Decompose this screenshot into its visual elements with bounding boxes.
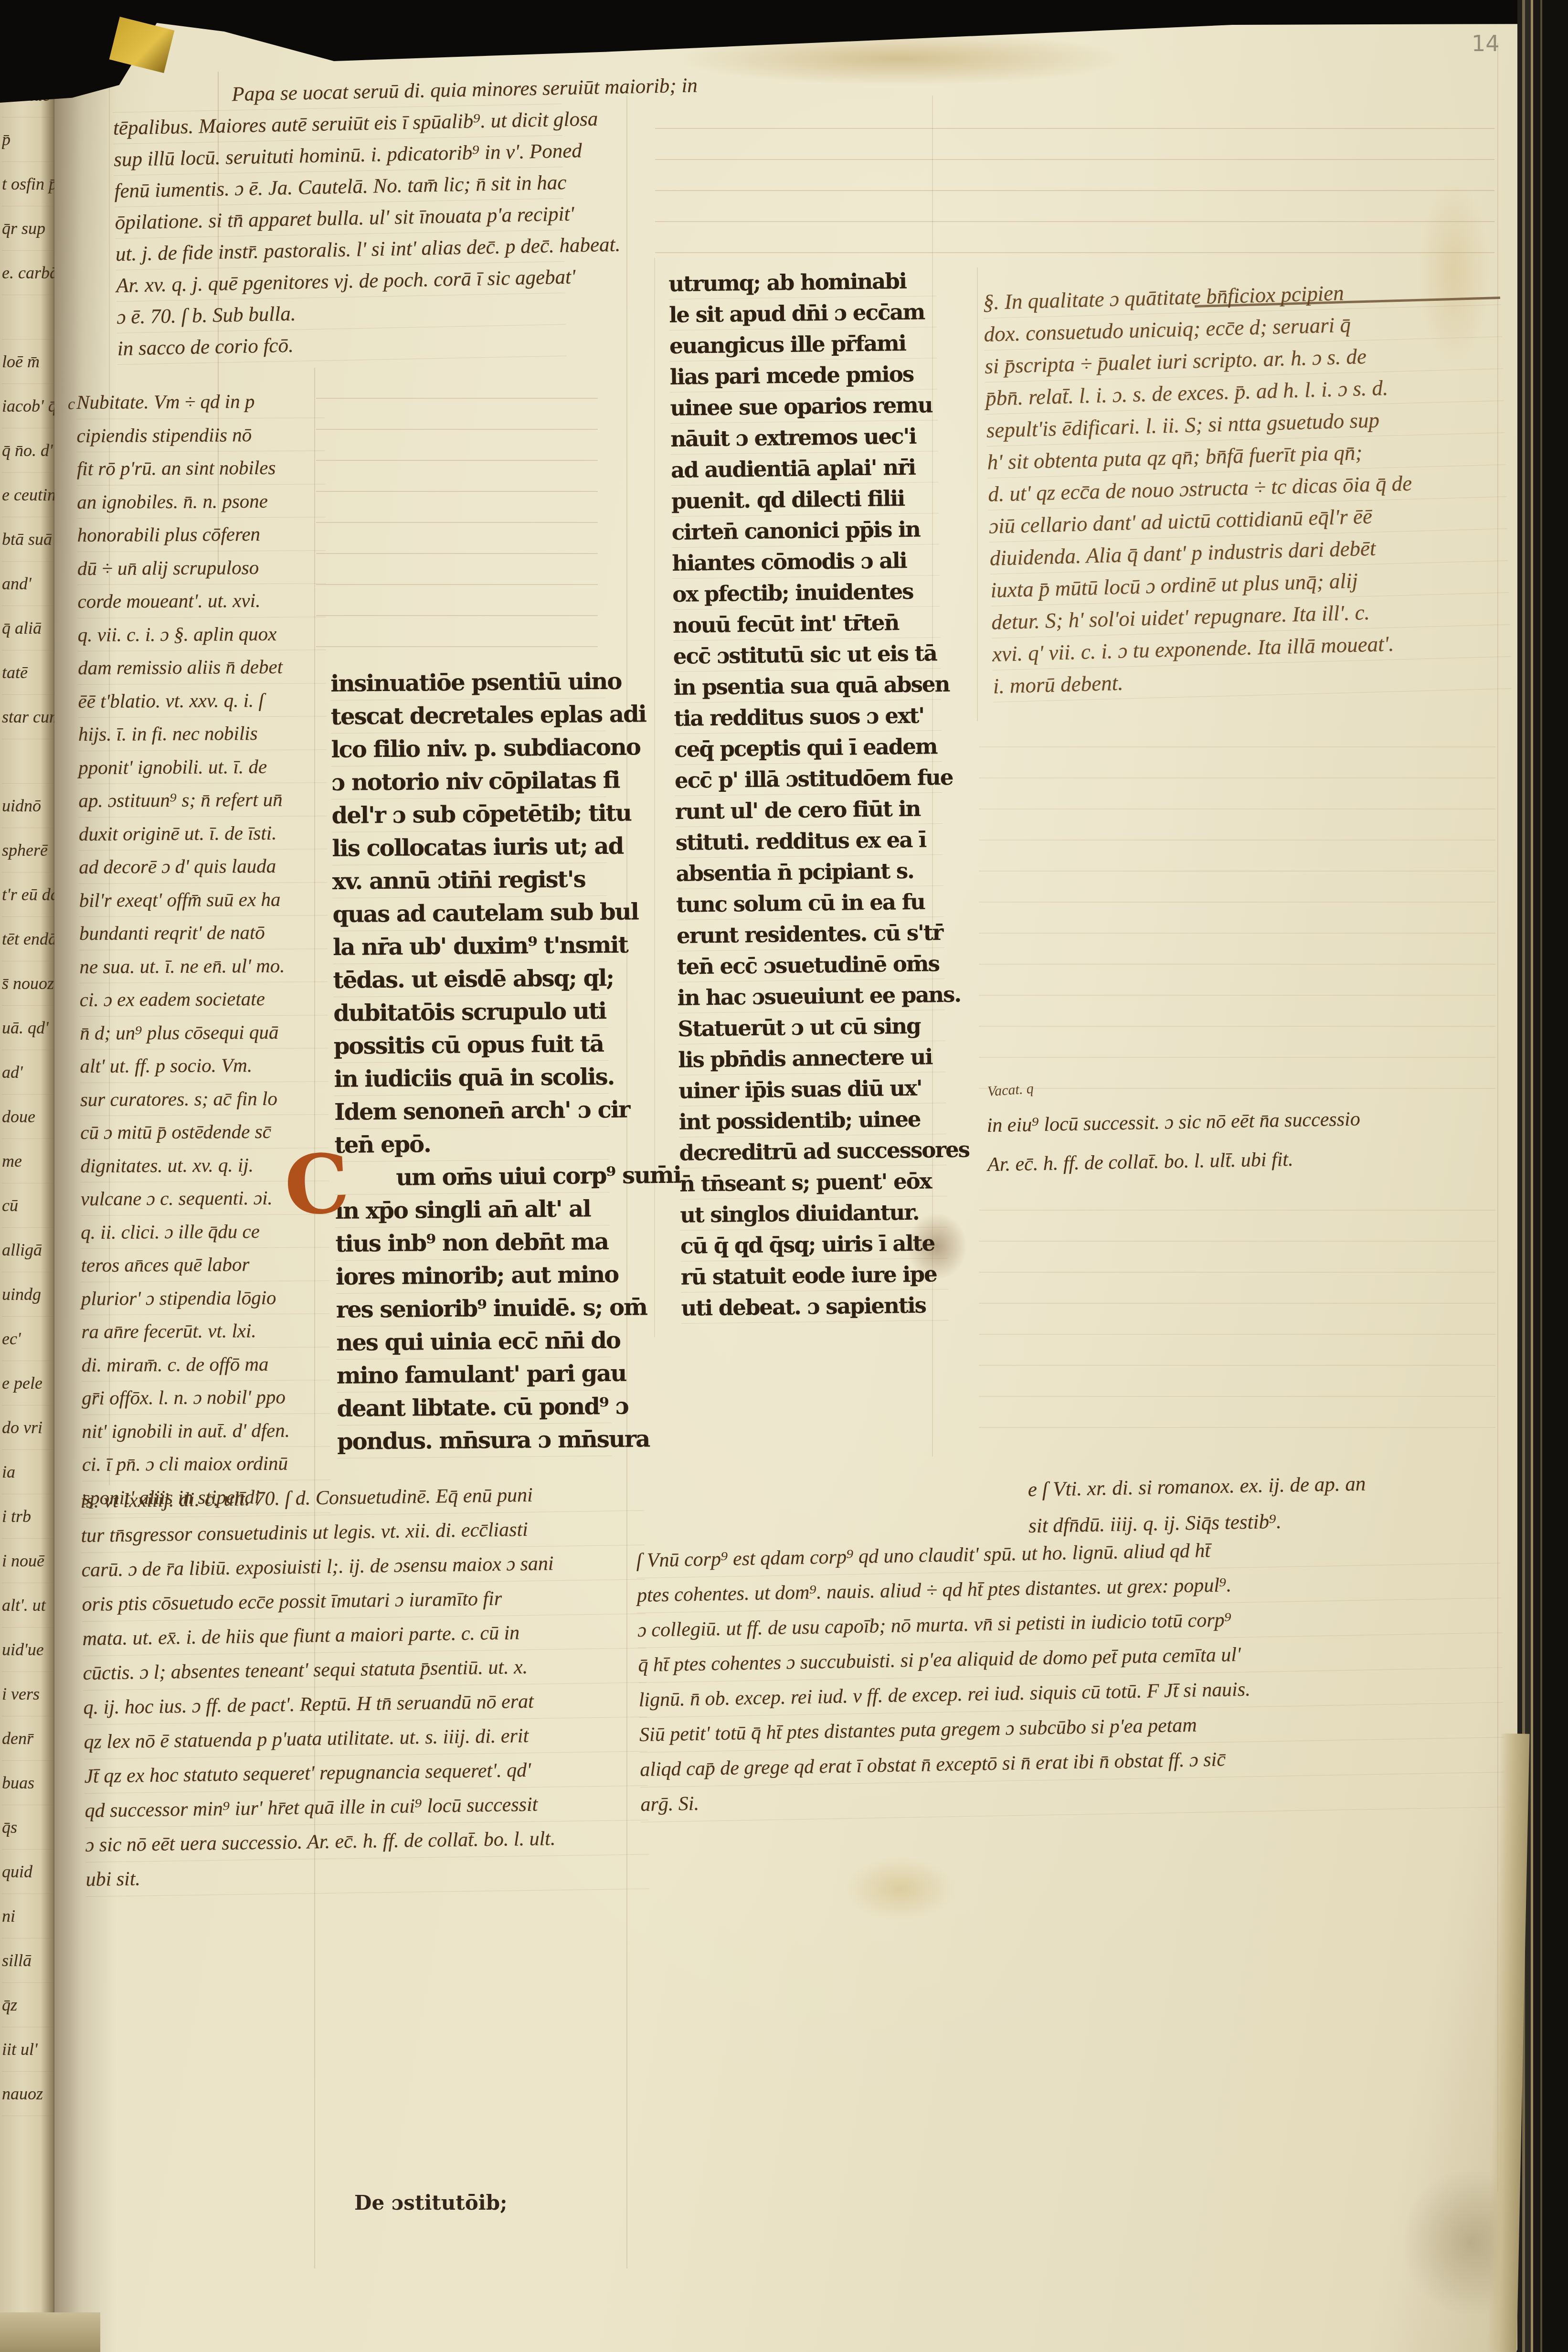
text-line: p̄: [2, 117, 55, 162]
text-line: pondus. mn̄sura ɔ mn̄sura: [337, 1423, 612, 1458]
text-line: ten̄ ecc̄ ɔsuetudinē om̄s: [677, 948, 944, 982]
text-line: absentia n̄ pcipiant s.: [676, 855, 943, 889]
ruled-area: [979, 1180, 1495, 1447]
text-line: q̄ n̄o. d': [2, 428, 55, 473]
text-line: nes qui uinia ecc̄ nn̄i do: [336, 1324, 611, 1360]
text-line: uidnō: [2, 784, 55, 828]
text-line: um om̄s uiui corp⁹ sum̄i: [335, 1160, 610, 1195]
text-line: ia: [2, 1450, 55, 1494]
text-line: le sit apud dn̄i ɔ ecc̄am: [669, 296, 937, 330]
text-line: quas ad cautelam sub bul: [332, 896, 607, 931]
text-line: fit rō p'rū. an sint nobiles: [77, 451, 325, 485]
text-line: di. miram̄. c. de offō ma: [82, 1347, 330, 1382]
text-line: an ignobiles. n̄. n. psone: [77, 484, 325, 519]
text-line: lias pari mcede pmios: [669, 358, 937, 393]
text-line: iacob' q̄: [2, 384, 55, 428]
text-line: nauoz: [2, 2072, 55, 2116]
text-line: uinee sue oparios remu: [670, 389, 938, 424]
text-line: ēē t'blatio. vt. xxv. q. i. ſ: [78, 683, 326, 718]
left-margin-cut-text: a tūrilin tac̄p̄t osfin p̄q̄r supe. carb…: [2, 29, 55, 2116]
text-line: erunt residentes. cū s'tr̄: [677, 917, 944, 951]
text-line: in psentia sua quā absen: [673, 669, 941, 703]
text-line: ra an̄re fecerūt. vt. lxi.: [81, 1314, 329, 1348]
text-line: runt ul' de cero fiūt in: [675, 793, 943, 827]
text-line: bundanti reqrit' de natō: [79, 915, 328, 950]
text-line: ecc̄ ɔstitutū sic ut eis tā: [673, 638, 941, 672]
text-line: hijs. ī. in fi. nec nobilis: [78, 716, 327, 751]
text-line: decreditrū ad successores: [679, 1134, 947, 1169]
text-line: tius inb⁹ non debn̄t ma: [335, 1225, 610, 1261]
text-line: ox pfectib; inuidentes: [672, 575, 940, 610]
text-line: q̄z: [2, 1983, 55, 2027]
text-line: cū q̄ qd q̄sq; uiris ī alte: [680, 1227, 948, 1262]
text-line: sillā: [2, 1938, 55, 1983]
text-line: alt' ut. ff. p socio. Vm.: [80, 1048, 328, 1083]
text-line: quid: [2, 1850, 55, 1894]
text-line: corde moueant'. ut. xvi.: [77, 584, 326, 618]
vacat-label: Vacat. q: [987, 1081, 1034, 1100]
text-line: Nubitate. Vm ÷ qd in p: [76, 384, 325, 419]
text-line: and': [2, 562, 55, 606]
text-line: Idem senonen̄ arch' ɔ cir: [334, 1094, 609, 1129]
folio-number: 14: [1472, 31, 1500, 56]
main-text-column-1: insinuatiōe psentiū uinotescat decretale…: [330, 665, 612, 1458]
main-text-column-2: utrumq; ab hominabile sit apud dn̄i ɔ ec…: [668, 265, 949, 1324]
text-line: int possidentib; uinee: [678, 1103, 946, 1138]
text-line: buas: [2, 1761, 55, 1805]
text-line: deant libtate. cū pond⁹ ɔ: [337, 1390, 612, 1426]
text-line: xv. annū ɔtin̄i regist's: [332, 863, 607, 898]
text-line: stituti. redditus ex ea ī: [675, 824, 943, 858]
text-line: lco filio niv. p. subdiacono: [331, 731, 606, 766]
text-line: ad audientiā aplai' nr̄i: [671, 451, 939, 486]
text-line: t'r eū da: [2, 873, 55, 917]
text-line: uiner ip̄is suas diū ux': [678, 1072, 946, 1107]
text-line: del'r ɔ sub cōpetētib; titu: [331, 797, 606, 832]
ruled-area: [655, 98, 1494, 270]
text-line: star cum: [2, 695, 55, 739]
text-line: puenit. qd dilecti filii: [671, 482, 939, 517]
text-line: lis collocatas iuris ut; ad: [332, 830, 607, 865]
text-line: gr̄i offōx. l. n. ɔ nobil' ppo: [82, 1380, 330, 1415]
text-line: me: [2, 1139, 55, 1183]
text-line: in hac ɔsueuiunt ee pans.: [677, 979, 945, 1013]
ruling-line: [977, 267, 978, 721]
text-line: ecc̄ p' illā ɔstitudōem fue: [675, 762, 943, 796]
text-line: res seniorib⁹ inuidē. s; om̄: [336, 1291, 611, 1327]
text-line: q̄ aliā: [2, 606, 55, 650]
text-line: possitis cū opus fuit tā: [334, 1028, 609, 1063]
text-line: iit ul': [2, 2027, 55, 2072]
text-line: denr̄: [2, 1716, 55, 1761]
text-line: ec': [2, 1317, 55, 1361]
text-line: ut singlos diuidantur.: [680, 1196, 948, 1231]
text-line: e ceutinē: [2, 473, 55, 517]
gloss-left-column: Nubitate. Vm ÷ qd in pcipiendis stipendi…: [76, 384, 330, 1514]
vacat-note: in eiu⁹ locū successit. ɔ sic nō eēt n̄a…: [986, 1097, 1504, 1184]
text-line: alt'. ut: [2, 1583, 55, 1628]
text-line: btā suā: [2, 517, 55, 562]
gloss-bottom-right: ſ Vnū corp⁹ est qdam corp⁹ qd uno claudi…: [636, 1528, 1505, 1822]
text-line: ad': [2, 1050, 55, 1095]
text-line: alligā: [2, 1228, 55, 1272]
ruled-area: [979, 716, 1495, 1089]
text-line: n̄ tn̄seant s; puent' eōx: [679, 1165, 947, 1200]
text-line: utrumq; ab hominabi: [668, 265, 936, 299]
text-line: nouū fecūt int' tr̄ten̄: [673, 607, 941, 641]
text-line: teros an̄ces quē labor: [81, 1247, 329, 1282]
text-line: s̄ nouoz: [2, 961, 55, 1006]
text-line: e pele: [2, 1361, 55, 1405]
text-line: ap. ɔstituun⁹ s; n̄ refert un̄: [78, 783, 327, 817]
text-line: ɔ notorio niv cōpilatas fi: [331, 764, 606, 799]
text-line: pponit' ignobili. ut. ī. de: [78, 750, 327, 784]
text-line: q. vii. c. i. ɔ §. aplin quox: [78, 617, 326, 651]
text-line: rū statuit eode iure ipe: [680, 1258, 948, 1293]
text-line: tunc solum cū in ea fu: [676, 886, 944, 920]
text-line: tatē: [2, 650, 55, 695]
gloss-right: §. In qualitate ɔ quātitate bn̄ficiox pc…: [983, 273, 1511, 702]
text-line: tēdas. ut eisdē absq; ql;: [333, 962, 608, 997]
text-line: ne sua. ut. ī. ne en̄. ul' mo.: [79, 949, 328, 983]
text-line: ad decorē ɔ d' quis lauda: [79, 849, 327, 883]
facing-page-edge: a tūrilin tac̄p̄t osfin p̄q̄r supe. carb…: [0, 0, 56, 2352]
text-line: Statuerūt ɔ ut cū sing: [678, 1010, 945, 1044]
text-line: iores minorib; aut mino: [336, 1258, 611, 1294]
text-line: i trb: [2, 1494, 55, 1539]
text-line: in iudiciis quā in scolis.: [334, 1061, 609, 1096]
text-line: tescat decretales eplas adi: [331, 698, 606, 734]
text-line: i nouē: [2, 1539, 55, 1583]
text-line: plurior' ɔ stipendia lōgio: [81, 1281, 329, 1315]
text-line: insinuatiōe psentiū uino: [330, 665, 605, 701]
text-line: hiantes cōmodis ɔ ali: [672, 544, 940, 579]
text-line: q̄s: [2, 1805, 55, 1850]
book-fore-edge: [1517, 0, 1568, 2352]
text-line: nit' ignobili in aut̄. d' dfen.: [82, 1414, 330, 1448]
text-line: doue: [2, 1095, 55, 1139]
page-stack-edge: [0, 2312, 100, 2352]
text-line: [2, 295, 55, 340]
red-initial-c: C: [283, 1143, 351, 1227]
text-line: euangicus ille pr̄fami: [669, 327, 937, 362]
text-line: ceq̄ pceptis qui ī eadem: [674, 731, 942, 765]
text-line: uindg: [2, 1272, 55, 1317]
text-line: tēt endā: [2, 917, 55, 961]
manuscript-photo: a tūrilin tac̄p̄t osfin p̄q̄r supe. carb…: [0, 0, 1568, 2352]
text-line: bil'r exeqt' offm̄ suū ex ha: [79, 883, 327, 917]
text-line: ten̄ epō.: [334, 1127, 609, 1162]
text-line: lis pbn̄dis annectere ui: [678, 1041, 946, 1075]
gloss-bottom-left: is. vt lxxiiij. di. c. ult̄. 70. ſ d. Co…: [80, 1477, 649, 1897]
text-line: loē m̄: [2, 340, 55, 384]
text-line: la nr̄a ub' duxim⁹ t'nsmit: [333, 929, 608, 964]
text-line: i vers: [2, 1672, 55, 1716]
text-line: honorabili plus cōferen: [77, 517, 325, 552]
text-line: cū: [2, 1183, 55, 1228]
text-line: dū ÷ un̄ alij scrupuloso: [77, 551, 326, 585]
text-line: ci. ī pn̄. ɔ cli maiox ordinū: [82, 1447, 330, 1481]
text-line: dam remissio aliis n̄ debet: [78, 650, 326, 684]
gloss-top-left: Papa se uocat seruū di. quia minores ser…: [112, 73, 566, 365]
text-line: dubitatōis scrupulo uti: [333, 995, 608, 1030]
text-line: in xp̄o singli an̄ alt' al: [335, 1192, 610, 1228]
catchword: De ɔstitutōib;: [354, 2191, 508, 2214]
text-line: ni: [2, 1894, 55, 1938]
text-line: do vri: [2, 1405, 55, 1450]
text-line: spherē: [2, 828, 55, 873]
text-line: n̄ d; un⁹ plus cōsequi quā: [80, 1015, 328, 1050]
text-line: nāuit ɔ extremos uec'i: [670, 420, 938, 455]
text-line: duxit originē ut. ī. de īsti.: [79, 816, 327, 851]
text-line: mino famulant' pari gau: [337, 1357, 612, 1393]
text-line: cirten̄ canonici pp̄is in: [671, 513, 939, 548]
marginal-letter: c: [68, 395, 75, 414]
text-line: e. carbā: [2, 251, 55, 295]
text-line: [2, 739, 55, 784]
text-line: uid'ue: [2, 1628, 55, 1672]
text-line: t osfin p̄: [2, 162, 55, 206]
parchment-stain: [821, 1843, 979, 1934]
text-line: cipiendis stipendiis nō: [76, 418, 325, 452]
text-line: uā. qd': [2, 1006, 55, 1050]
ruled-area: [316, 368, 598, 664]
text-line: uti debeat. ɔ sapientis: [681, 1289, 949, 1324]
text-line: q̄r sup: [2, 206, 55, 251]
text-line: tia redditus suos ɔ ext': [674, 700, 942, 734]
text-line: ci. ɔ ex eadem societate: [80, 982, 328, 1016]
text-line: sur curatores. s; ac̄ fin lo: [80, 1082, 328, 1116]
